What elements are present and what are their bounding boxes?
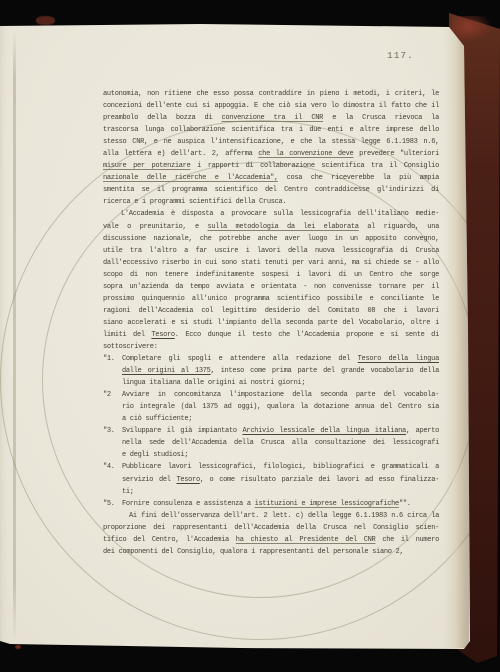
text-segment: prossimo quinquennio all'unico programma…: [103, 295, 439, 303]
list-item: "3.Sviluppare il già impiantato Archivio…: [103, 425, 439, 461]
paragraph: L'Accademia è disposta a provocare sulla…: [103, 208, 439, 353]
text-segment: sopra un'azienda da tempo avviata e orie…: [103, 283, 439, 291]
text-segment: Avviare in concomitanza l'impostazione d…: [122, 391, 439, 399]
text-segment: ragioni dell'Accademia col legittimo des…: [103, 307, 439, 315]
book-photo: 117. autonomia, non ritiene che esso pos…: [0, 0, 500, 672]
text-segment: Completare gli spogli e attendere alla r…: [122, 355, 358, 363]
text-segment: "".: [399, 500, 411, 508]
text-line: dei componenti del Consiglio, qualora i …: [103, 546, 439, 558]
list-item-marker: "2: [103, 389, 122, 425]
book-page: 117. autonomia, non ritiene che esso pos…: [0, 0, 500, 672]
text-segment: discussione nazionale, che potrebbe anch…: [103, 235, 439, 243]
text-line: stesso CNR, e ne auspica l'intensificazi…: [103, 136, 439, 148]
underlined-text: Tesoro: [176, 476, 199, 484]
text-segment: preambolo della bozza di: [103, 114, 222, 122]
text-line: servizio del Tesoro, o come risultato pa…: [122, 474, 439, 486]
text-line: L'Accademia è disposta a provocare sulla…: [103, 208, 439, 220]
text-line: rio integrale (dal 1375 ad oggi), qualor…: [122, 401, 439, 413]
text-line: misure per potenziare i rapporti di coll…: [103, 160, 439, 172]
text-segment: , o come risultato parziale dei lavori a…: [200, 476, 439, 484]
text-segment: dall'eccessivo riserbo in cui sono stati…: [103, 259, 439, 267]
typescript-text-block: autonomia, non ritiene che esso possa co…: [103, 88, 439, 558]
text-segment: Fornire consulenza e assistenza a: [122, 500, 255, 508]
text-segment: e degli studiosi;: [122, 451, 188, 459]
text-line: Completare gli spogli e attendere alla r…: [122, 353, 439, 365]
underlined-text: dalle origini al 1375: [122, 367, 211, 375]
text-segment: proporzione dei rappresentanti dell'Acca…: [103, 524, 439, 532]
text-line: prossimo quinquennio all'unico programma…: [103, 293, 439, 305]
list-item: "4.Pubblicare lavori lessicografici, fil…: [103, 461, 439, 497]
text-segment: smentita se il programma scientifico del…: [103, 186, 439, 194]
text-line: smentita se il programma scientifico del…: [103, 184, 439, 196]
paragraph: autonomia, non ritiene che esso possa co…: [103, 88, 439, 208]
text-line: vale o preunitario, e sulla metodologia …: [103, 221, 439, 233]
text-segment: servizio del: [122, 476, 176, 484]
text-line: Avviare in concomitanza l'impostazione d…: [122, 389, 439, 401]
text-line: sopra un'azienda da tempo avviata e orie…: [103, 281, 439, 293]
text-line: lingua italiana dalle origini ai nostri …: [122, 377, 439, 389]
text-line: dalle origini al 1375, inteso come prima…: [122, 365, 439, 377]
text-segment: sottoscrivere:: [103, 343, 158, 351]
text-line: preambolo della bozza di convenzione tra…: [103, 112, 439, 124]
text-segment: e la Crusca rievoca la: [323, 114, 439, 122]
text-line: discussione nazionale, che potrebbe anch…: [103, 233, 439, 245]
text-line: limiti del Tesoro. Ecco dunque il testo …: [103, 329, 439, 341]
text-line: alla lettera e) dell'art. 2, afferma che…: [103, 148, 439, 160]
text-segment: che il numero: [375, 536, 439, 544]
text-segment: Sviluppare il già impiantato: [122, 427, 243, 435]
text-line: nazionale delle ricerche e l'Accademia",…: [103, 172, 439, 184]
text-line: Fornire consulenza e assistenza a istitu…: [122, 498, 439, 510]
list-item: "5.Fornire consulenza e assistenza a ist…: [103, 498, 439, 510]
text-segment: . Ecco dunque il testo che l'Accademia p…: [175, 331, 439, 339]
text-segment: al riguardo, una: [359, 223, 439, 231]
text-segment: prevedere "ulteriori: [353, 150, 439, 158]
text-line: Sviluppare il già impiantato Archivio le…: [122, 425, 439, 437]
list-item-marker: "3.: [103, 425, 122, 461]
text-line: trascorsa lunga collaborazione scientifi…: [103, 124, 439, 136]
text-segment: nella sede dell'Accademia della Crusca a…: [122, 439, 439, 447]
text-segment: tifico del Centro, l'Accademia: [103, 536, 236, 544]
underlined-text: istituzioni e imprese lessicografiche: [255, 500, 399, 508]
text-segment: scopo di non tenere indefinitamente sosp…: [103, 271, 439, 279]
text-line: ragioni dell'Accademia col legittimo des…: [103, 305, 439, 317]
text-segment: Ai fini dell'osservanza dell'art. 2 lett…: [129, 512, 439, 520]
underlined-text: Tesoro: [151, 331, 174, 339]
underlined-text: Archivio lessicale della lingua italiana: [243, 427, 406, 435]
text-line: e degli studiosi;: [122, 449, 439, 461]
text-segment: stesso CNR, e ne auspica l'intensificazi…: [103, 138, 439, 146]
text-line: utile tra l'altro a far uscire i lavori …: [103, 245, 439, 257]
text-segment: i rapporti di collaborazione scientifica…: [190, 162, 439, 170]
text-segment: dei componenti del Consiglio, qualora i …: [103, 548, 403, 556]
underlined-text: nazionale delle ricerche e l'Accademia",: [103, 174, 278, 182]
text-segment: lingua italiana dalle origini ai nostri …: [122, 379, 305, 387]
cover-speck: [15, 645, 21, 649]
list-item: "2Avviare in concomitanza l'impostazione…: [103, 389, 439, 425]
page-number: 117.: [387, 50, 414, 61]
text-segment: concezioni dell'ente cui si appoggia. E …: [103, 102, 439, 110]
list-item-marker: "1.: [103, 353, 122, 389]
underlined-text: Tesoro della lingua: [358, 355, 439, 363]
text-segment: Pubblicare lavori lessicografici, filolo…: [122, 463, 439, 471]
underlined-text: sulla metodologia da lei elaborata: [207, 223, 358, 231]
text-segment: rio integrale (dal 1375 ad oggi), qualor…: [122, 403, 439, 411]
underlined-text: convenzione tra il CNR: [222, 114, 324, 122]
text-segment: autonomia, non ritiene che esso possa co…: [103, 90, 439, 98]
text-line: nella sede dell'Accademia della Crusca a…: [122, 437, 439, 449]
text-segment: a ciò sufficiente;: [122, 415, 192, 423]
underlined-text: che la convenzione deve: [258, 150, 353, 158]
text-segment: trascorsa lunga collaborazione scientifi…: [103, 126, 439, 134]
text-segment: L'Accademia è disposta a provocare sulla…: [121, 210, 439, 218]
underlined-text: ha chiesto al Presidente del CNR: [236, 536, 376, 544]
text-segment: cosa che riceverebbe la più ampia: [278, 174, 439, 182]
page-gutter-crease: [13, 30, 16, 642]
underlined-text: misure per potenziare: [103, 162, 190, 170]
text-segment: , inteso come prima parte del grande voc…: [211, 367, 439, 375]
text-line: proporzione dei rappresentanti dell'Acca…: [103, 522, 439, 534]
text-segment: ricerca e i programmi scientifici della …: [103, 198, 286, 206]
text-segment: utile tra l'altro a far uscire i lavori …: [103, 247, 439, 255]
text-line: ti;: [122, 486, 439, 498]
text-line: scopo di non tenere indefinitamente sosp…: [103, 269, 439, 281]
text-line: sottoscrivere:: [103, 341, 439, 353]
text-segment: vale o preunitario, e: [103, 223, 207, 231]
text-segment: , aperto: [406, 427, 439, 435]
text-line: Ai fini dell'osservanza dell'art. 2 lett…: [103, 510, 439, 522]
text-line: ricerca e i programmi scientifici della …: [103, 196, 439, 208]
text-line: concezioni dell'ente cui si appoggia. E …: [103, 100, 439, 112]
text-segment: alla lettera e) dell'art. 2, afferma: [103, 150, 258, 158]
text-line: a ciò sufficiente;: [122, 413, 439, 425]
book-cover-highlight: [452, 16, 492, 42]
paragraph: Ai fini dell'osservanza dell'art. 2 lett…: [103, 510, 439, 558]
text-segment: limiti del: [103, 331, 151, 339]
cover-smudge: [36, 16, 55, 25]
text-line: siano accelerati e si studi l'impianto d…: [103, 317, 439, 329]
text-line: dall'eccessivo riserbo in cui sono stati…: [103, 257, 439, 269]
list-item-marker: "5.: [103, 498, 122, 510]
text-line: tifico del Centro, l'Accademia ha chiest…: [103, 534, 439, 546]
text-segment: ti;: [122, 488, 134, 496]
text-segment: siano accelerati e si studi l'impianto d…: [103, 319, 439, 327]
text-line: autonomia, non ritiene che esso possa co…: [103, 88, 439, 100]
text-line: Pubblicare lavori lessicografici, filolo…: [122, 461, 439, 473]
list-item: "1.Completare gli spogli e attendere all…: [103, 353, 439, 389]
list-item-marker: "4.: [103, 461, 122, 497]
